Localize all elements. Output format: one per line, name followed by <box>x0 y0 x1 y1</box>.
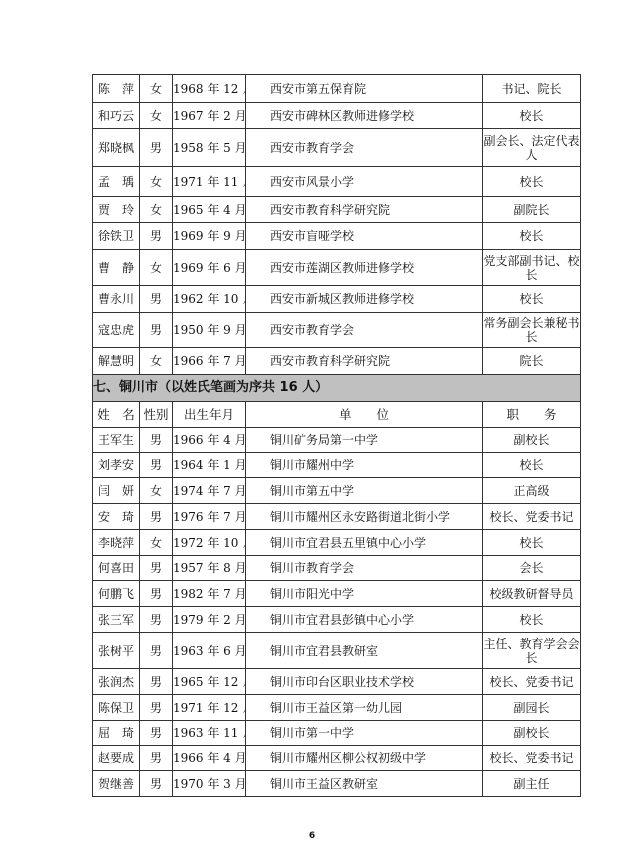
gender-cell: 男 <box>140 453 173 478</box>
birth-cell: 1966 年 4 月 <box>173 428 246 453</box>
gender-cell: 女 <box>140 167 173 197</box>
unit-cell: 铜川市耀州区柳公权初级中学 <box>246 746 483 771</box>
table-row: 闫 妍女1974 年 7 月铜川市第五中学正高级 <box>93 478 581 504</box>
gender-cell: 女 <box>140 348 173 375</box>
table-row: 安 琦男1976 年 7 月铜川市耀州区永安路街道北街小学校长、党委书记 <box>93 504 581 530</box>
duty-cell: 校长 <box>483 530 581 556</box>
unit-cell: 西安市风景小学 <box>246 167 483 197</box>
table-row: 和巧云女1967 年 2 月西安市碑林区教师进修学校校长 <box>93 103 581 129</box>
birth-cell: 1963 年 11 月 <box>173 721 246 746</box>
duty-cell: 校长、党委书记 <box>483 504 581 530</box>
name-cell: 王军生 <box>93 428 140 453</box>
duty-cell: 校长 <box>483 223 581 250</box>
section-header-row: 七、铜川市（以姓氏笔画为序共 16 人） <box>93 375 581 402</box>
duty-cell: 院长 <box>483 348 581 375</box>
duty-cell: 校长 <box>483 453 581 478</box>
unit-cell: 铜川市耀州区永安路街道北街小学 <box>246 504 483 530</box>
name-cell: 陈 萍 <box>93 75 140 103</box>
header-name: 姓 名 <box>93 402 140 428</box>
name-cell: 曹 静 <box>93 250 140 286</box>
birth-cell: 1974 年 7 月 <box>173 478 246 504</box>
header-unit: 单 位 <box>246 402 483 428</box>
duty-cell: 副校长 <box>483 721 581 746</box>
xian-rows: 陈 萍女1968 年 12 月西安市第五保育院书记、院长和巧云女1967 年 2… <box>93 75 581 375</box>
unit-cell: 铜川市耀州中学 <box>246 453 483 478</box>
name-cell: 贾 玲 <box>93 197 140 223</box>
table-row: 陈保卫男1971 年 12 月铜川市王益区第一幼儿园副园长 <box>93 695 581 721</box>
name-cell: 赵要成 <box>93 746 140 771</box>
table-row: 王军生男1966 年 4 月铜川矿务局第一中学副校长 <box>93 428 581 453</box>
duty-cell: 副院长 <box>483 197 581 223</box>
gender-cell: 男 <box>140 581 173 607</box>
name-cell: 曹永川 <box>93 286 140 313</box>
table-row: 赵要成男1966 年 4 月铜川市耀州区柳公权初级中学校长、党委书记 <box>93 746 581 771</box>
name-cell: 张三军 <box>93 607 140 633</box>
unit-cell: 铜川市第五中学 <box>246 478 483 504</box>
gender-cell: 女 <box>140 250 173 286</box>
header-gender: 性别 <box>140 402 173 428</box>
duty-cell: 校长 <box>483 286 581 313</box>
birth-cell: 1970 年 3 月 <box>173 771 246 797</box>
unit-cell: 铜川矿务局第一中学 <box>246 428 483 453</box>
tongchuan-section: 七、铜川市（以姓氏笔画为序共 16 人） 姓 名 性别 出生年月 单 位 职 务 <box>93 375 581 428</box>
name-cell: 李晓萍 <box>93 530 140 556</box>
name-cell: 徐铁卫 <box>93 223 140 250</box>
unit-cell: 西安市教育学会 <box>246 313 483 348</box>
name-cell: 贺继善 <box>93 771 140 797</box>
birth-cell: 1965 年 12 月 <box>173 669 246 695</box>
table-row: 解慧明女1966 年 7 月西安市教育科学研究院院长 <box>93 348 581 375</box>
gender-cell: 女 <box>140 103 173 129</box>
unit-cell: 西安市莲湖区教师进修学校 <box>246 250 483 286</box>
birth-cell: 1982 年 7 月 <box>173 581 246 607</box>
column-header-row: 姓 名 性别 出生年月 单 位 职 务 <box>93 402 581 428</box>
table-row: 何喜田男1957 年 8 月铜川市教育学会会长 <box>93 556 581 581</box>
name-cell: 闫 妍 <box>93 478 140 504</box>
birth-cell: 1963 年 6 月 <box>173 633 246 669</box>
table-row: 陈 萍女1968 年 12 月西安市第五保育院书记、院长 <box>93 75 581 103</box>
gender-cell: 女 <box>140 478 173 504</box>
birth-cell: 1971 年 12 月 <box>173 695 246 721</box>
birth-cell: 1962 年 10 月 <box>173 286 246 313</box>
birth-cell: 1968 年 12 月 <box>173 75 246 103</box>
table-row: 屈 琦男1963 年 11 月铜川市第一中学副校长 <box>93 721 581 746</box>
name-cell: 张树平 <box>93 633 140 669</box>
duty-cell: 校级教研督导员 <box>483 581 581 607</box>
table-row: 徐铁卫男1969 年 9 月西安市盲哑学校校长 <box>93 223 581 250</box>
name-cell: 安 琦 <box>93 504 140 530</box>
unit-cell: 铜川市宜君县彭镇中心小学 <box>246 607 483 633</box>
table-row: 张树平男1963 年 6 月铜川市宜君县教研室主任、教育学会会长 <box>93 633 581 669</box>
birth-cell: 1976 年 7 月 <box>173 504 246 530</box>
name-cell: 郑晓枫 <box>93 129 140 167</box>
duty-cell: 副主任 <box>483 771 581 797</box>
table-row: 曹 静女1969 年 6 月西安市莲湖区教师进修学校党支部副书记、校长 <box>93 250 581 286</box>
duty-cell: 校长 <box>483 103 581 129</box>
gender-cell: 男 <box>140 746 173 771</box>
table-row: 贺继善男1970 年 3 月铜川市王益区教研室副主任 <box>93 771 581 797</box>
table-row: 郑晓枫男1958 年 5 月西安市教育学会副会长、法定代表人 <box>93 129 581 167</box>
gender-cell: 男 <box>140 223 173 250</box>
gender-cell: 男 <box>140 504 173 530</box>
roster-table: 陈 萍女1968 年 12 月西安市第五保育院书记、院长和巧云女1967 年 2… <box>92 74 581 797</box>
gender-cell: 女 <box>140 197 173 223</box>
unit-cell: 西安市新城区教师进修学校 <box>246 286 483 313</box>
birth-cell: 1958 年 5 月 <box>173 129 246 167</box>
name-cell: 屈 琦 <box>93 721 140 746</box>
unit-cell: 铜川市印台区职业技术学校 <box>246 669 483 695</box>
duty-cell: 会长 <box>483 556 581 581</box>
duty-cell: 校长、党委书记 <box>483 669 581 695</box>
gender-cell: 男 <box>140 556 173 581</box>
birth-cell: 1979 年 2 月 <box>173 607 246 633</box>
birth-cell: 1966 年 7 月 <box>173 348 246 375</box>
birth-cell: 1957 年 8 月 <box>173 556 246 581</box>
gender-cell: 男 <box>140 313 173 348</box>
name-cell: 刘孝安 <box>93 453 140 478</box>
gender-cell: 男 <box>140 428 173 453</box>
birth-cell: 1950 年 9 月 <box>173 313 246 348</box>
tongchuan-rows: 王军生男1966 年 4 月铜川矿务局第一中学副校长刘孝安男1964 年 1 月… <box>93 428 581 797</box>
unit-cell: 西安市盲哑学校 <box>246 223 483 250</box>
duty-cell: 副园长 <box>483 695 581 721</box>
duty-cell: 校长 <box>483 607 581 633</box>
table-row: 孟 瑀女1971 年 11 月西安市风景小学校长 <box>93 167 581 197</box>
birth-cell: 1967 年 2 月 <box>173 103 246 129</box>
table-row: 寇忠虎男1950 年 9 月西安市教育学会常务副会长兼秘书长 <box>93 313 581 348</box>
name-cell: 陈保卫 <box>93 695 140 721</box>
name-cell: 何鹏飞 <box>93 581 140 607</box>
unit-cell: 西安市教育科学研究院 <box>246 197 483 223</box>
unit-cell: 铜川市阳光中学 <box>246 581 483 607</box>
duty-cell: 书记、院长 <box>483 75 581 103</box>
gender-cell: 男 <box>140 695 173 721</box>
duty-cell: 副校长 <box>483 428 581 453</box>
name-cell: 何喜田 <box>93 556 140 581</box>
name-cell: 孟 瑀 <box>93 167 140 197</box>
birth-cell: 1964 年 1 月 <box>173 453 246 478</box>
duty-cell: 常务副会长兼秘书长 <box>483 313 581 348</box>
unit-cell: 铜川市第一中学 <box>246 721 483 746</box>
table-row: 曹永川男1962 年 10 月西安市新城区教师进修学校校长 <box>93 286 581 313</box>
gender-cell: 男 <box>140 633 173 669</box>
table-row: 张润杰男1965 年 12 月铜川市印台区职业技术学校校长、党委书记 <box>93 669 581 695</box>
gender-cell: 男 <box>140 286 173 313</box>
table-row: 贾 玲女1965 年 4 月西安市教育科学研究院副院长 <box>93 197 581 223</box>
gender-cell: 女 <box>140 530 173 556</box>
birth-cell: 1972 年 10 月 <box>173 530 246 556</box>
unit-cell: 西安市教育学会 <box>246 129 483 167</box>
duty-cell: 主任、教育学会会长 <box>483 633 581 669</box>
duty-cell: 校长、党委书记 <box>483 746 581 771</box>
unit-cell: 西安市教育科学研究院 <box>246 348 483 375</box>
unit-cell: 铜川市教育学会 <box>246 556 483 581</box>
name-cell: 寇忠虎 <box>93 313 140 348</box>
name-cell: 解慧明 <box>93 348 140 375</box>
name-cell: 张润杰 <box>93 669 140 695</box>
unit-cell: 铜川市王益区第一幼儿园 <box>246 695 483 721</box>
unit-cell: 西安市碑林区教师进修学校 <box>246 103 483 129</box>
section-title: 七、铜川市（以姓氏笔画为序共 16 人） <box>93 375 581 402</box>
unit-cell: 铜川市王益区教研室 <box>246 771 483 797</box>
header-birth: 出生年月 <box>173 402 246 428</box>
table-row: 何鹏飞男1982 年 7 月铜川市阳光中学校级教研督导员 <box>93 581 581 607</box>
unit-cell: 铜川市宜君县五里镇中心小学 <box>246 530 483 556</box>
duty-cell: 校长 <box>483 167 581 197</box>
table-row: 刘孝安男1964 年 1 月铜川市耀州中学校长 <box>93 453 581 478</box>
gender-cell: 男 <box>140 607 173 633</box>
unit-cell: 铜川市宜君县教研室 <box>246 633 483 669</box>
gender-cell: 男 <box>140 721 173 746</box>
table-row: 张三军男1979 年 2 月铜川市宜君县彭镇中心小学校长 <box>93 607 581 633</box>
header-duty: 职 务 <box>483 402 581 428</box>
gender-cell: 男 <box>140 129 173 167</box>
page-number: 6 <box>0 831 624 841</box>
birth-cell: 1969 年 9 月 <box>173 223 246 250</box>
duty-cell: 正高级 <box>483 478 581 504</box>
name-cell: 和巧云 <box>93 103 140 129</box>
gender-cell: 男 <box>140 771 173 797</box>
gender-cell: 男 <box>140 669 173 695</box>
duty-cell: 副会长、法定代表人 <box>483 129 581 167</box>
gender-cell: 女 <box>140 75 173 103</box>
duty-cell: 党支部副书记、校长 <box>483 250 581 286</box>
birth-cell: 1966 年 4 月 <box>173 746 246 771</box>
birth-cell: 1971 年 11 月 <box>173 167 246 197</box>
table-row: 李晓萍女1972 年 10 月铜川市宜君县五里镇中心小学校长 <box>93 530 581 556</box>
birth-cell: 1969 年 6 月 <box>173 250 246 286</box>
unit-cell: 西安市第五保育院 <box>246 75 483 103</box>
birth-cell: 1965 年 4 月 <box>173 197 246 223</box>
